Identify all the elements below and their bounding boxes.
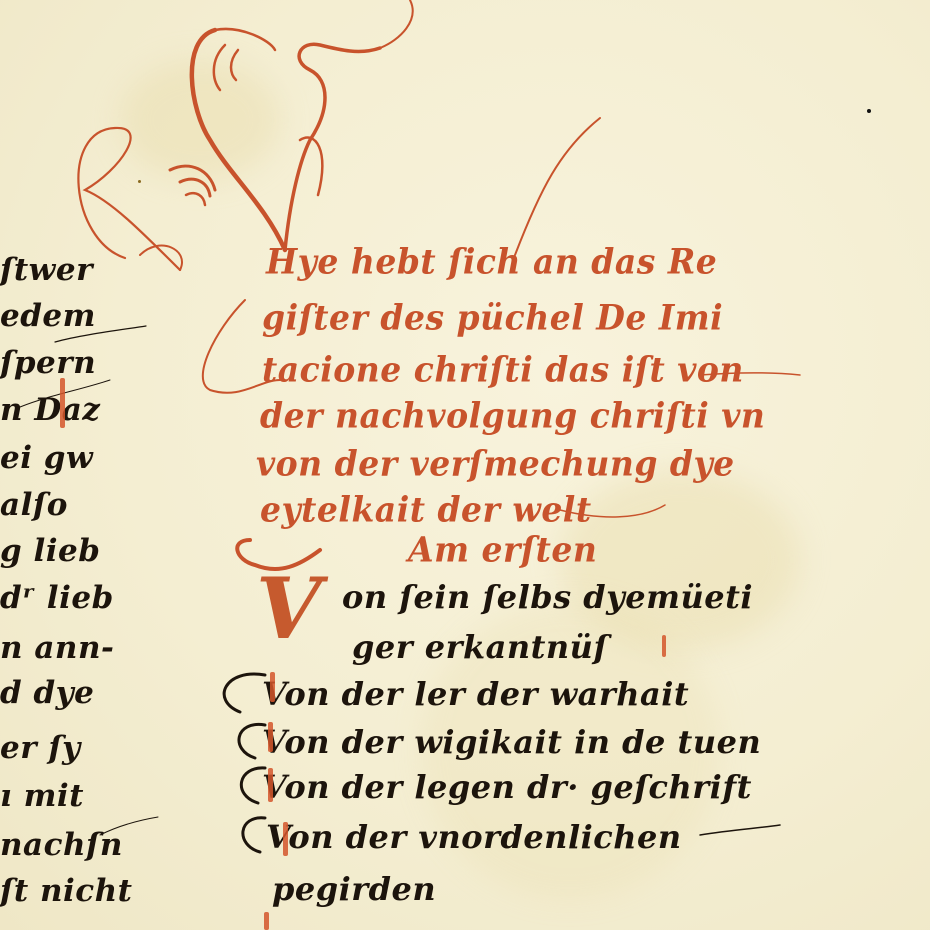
left-line: g lieb (0, 533, 100, 569)
rubric-paraph-mark (60, 378, 65, 428)
heading-subheading: Am erſten (408, 529, 597, 570)
rubric-paraph-mark (283, 822, 288, 856)
manuscript-page: ſtwer edem ſpern n Daz ei gw alſo g lieb… (0, 0, 930, 930)
left-line: nachſn (0, 827, 123, 863)
left-line: ſtwer (0, 252, 93, 288)
left-line: n Daz (0, 392, 100, 428)
rubric-paraph-mark (268, 768, 273, 802)
ink-speck (138, 180, 141, 183)
chapter-entry: ger erkantnüſ (352, 628, 608, 666)
chapter-entry: pegirden (272, 870, 436, 908)
left-line: n ann- (0, 630, 114, 666)
left-line: ſt nicht (0, 873, 133, 909)
left-line: er ſy (0, 730, 81, 766)
heading-line: tacione chriſti das iſt von (262, 349, 744, 390)
chapter-entry: Von der ler der warhait (262, 675, 689, 713)
chapter-entry: Von der wigikait in de tuen (262, 723, 761, 761)
chapter-entry: on ſein ſelbs dyemüeti (342, 578, 753, 616)
heading-line: eytelkait der welt (260, 489, 592, 530)
left-line: ei gw (0, 440, 93, 476)
chapter-entry: Von der legen dr· geſchrift (262, 768, 752, 806)
heading-line: Hye hebt ſich an das Re (266, 241, 717, 282)
chapter-entry: Von der vnordenlichen (266, 818, 682, 856)
left-line: alſo (0, 487, 68, 523)
left-line: d dye (0, 675, 94, 711)
left-line: ſpern (0, 345, 96, 381)
left-line: edem (0, 298, 96, 334)
rubric-paraph-mark (662, 635, 666, 657)
left-line: ı mit (0, 778, 84, 814)
heading-line: der nachvolgung chriſti vn (260, 395, 765, 436)
rubric-paraph-mark (268, 722, 273, 752)
heading-line: giſter des püchel De Imi (262, 297, 723, 338)
heading-line: von der verſmechung dye (256, 443, 735, 484)
decorated-initial: V (256, 570, 308, 648)
ink-speck (867, 109, 871, 113)
rubric-paraph-mark (264, 912, 269, 930)
rubric-paraph-mark (270, 672, 275, 702)
left-line: dʳ lieb (0, 580, 114, 616)
